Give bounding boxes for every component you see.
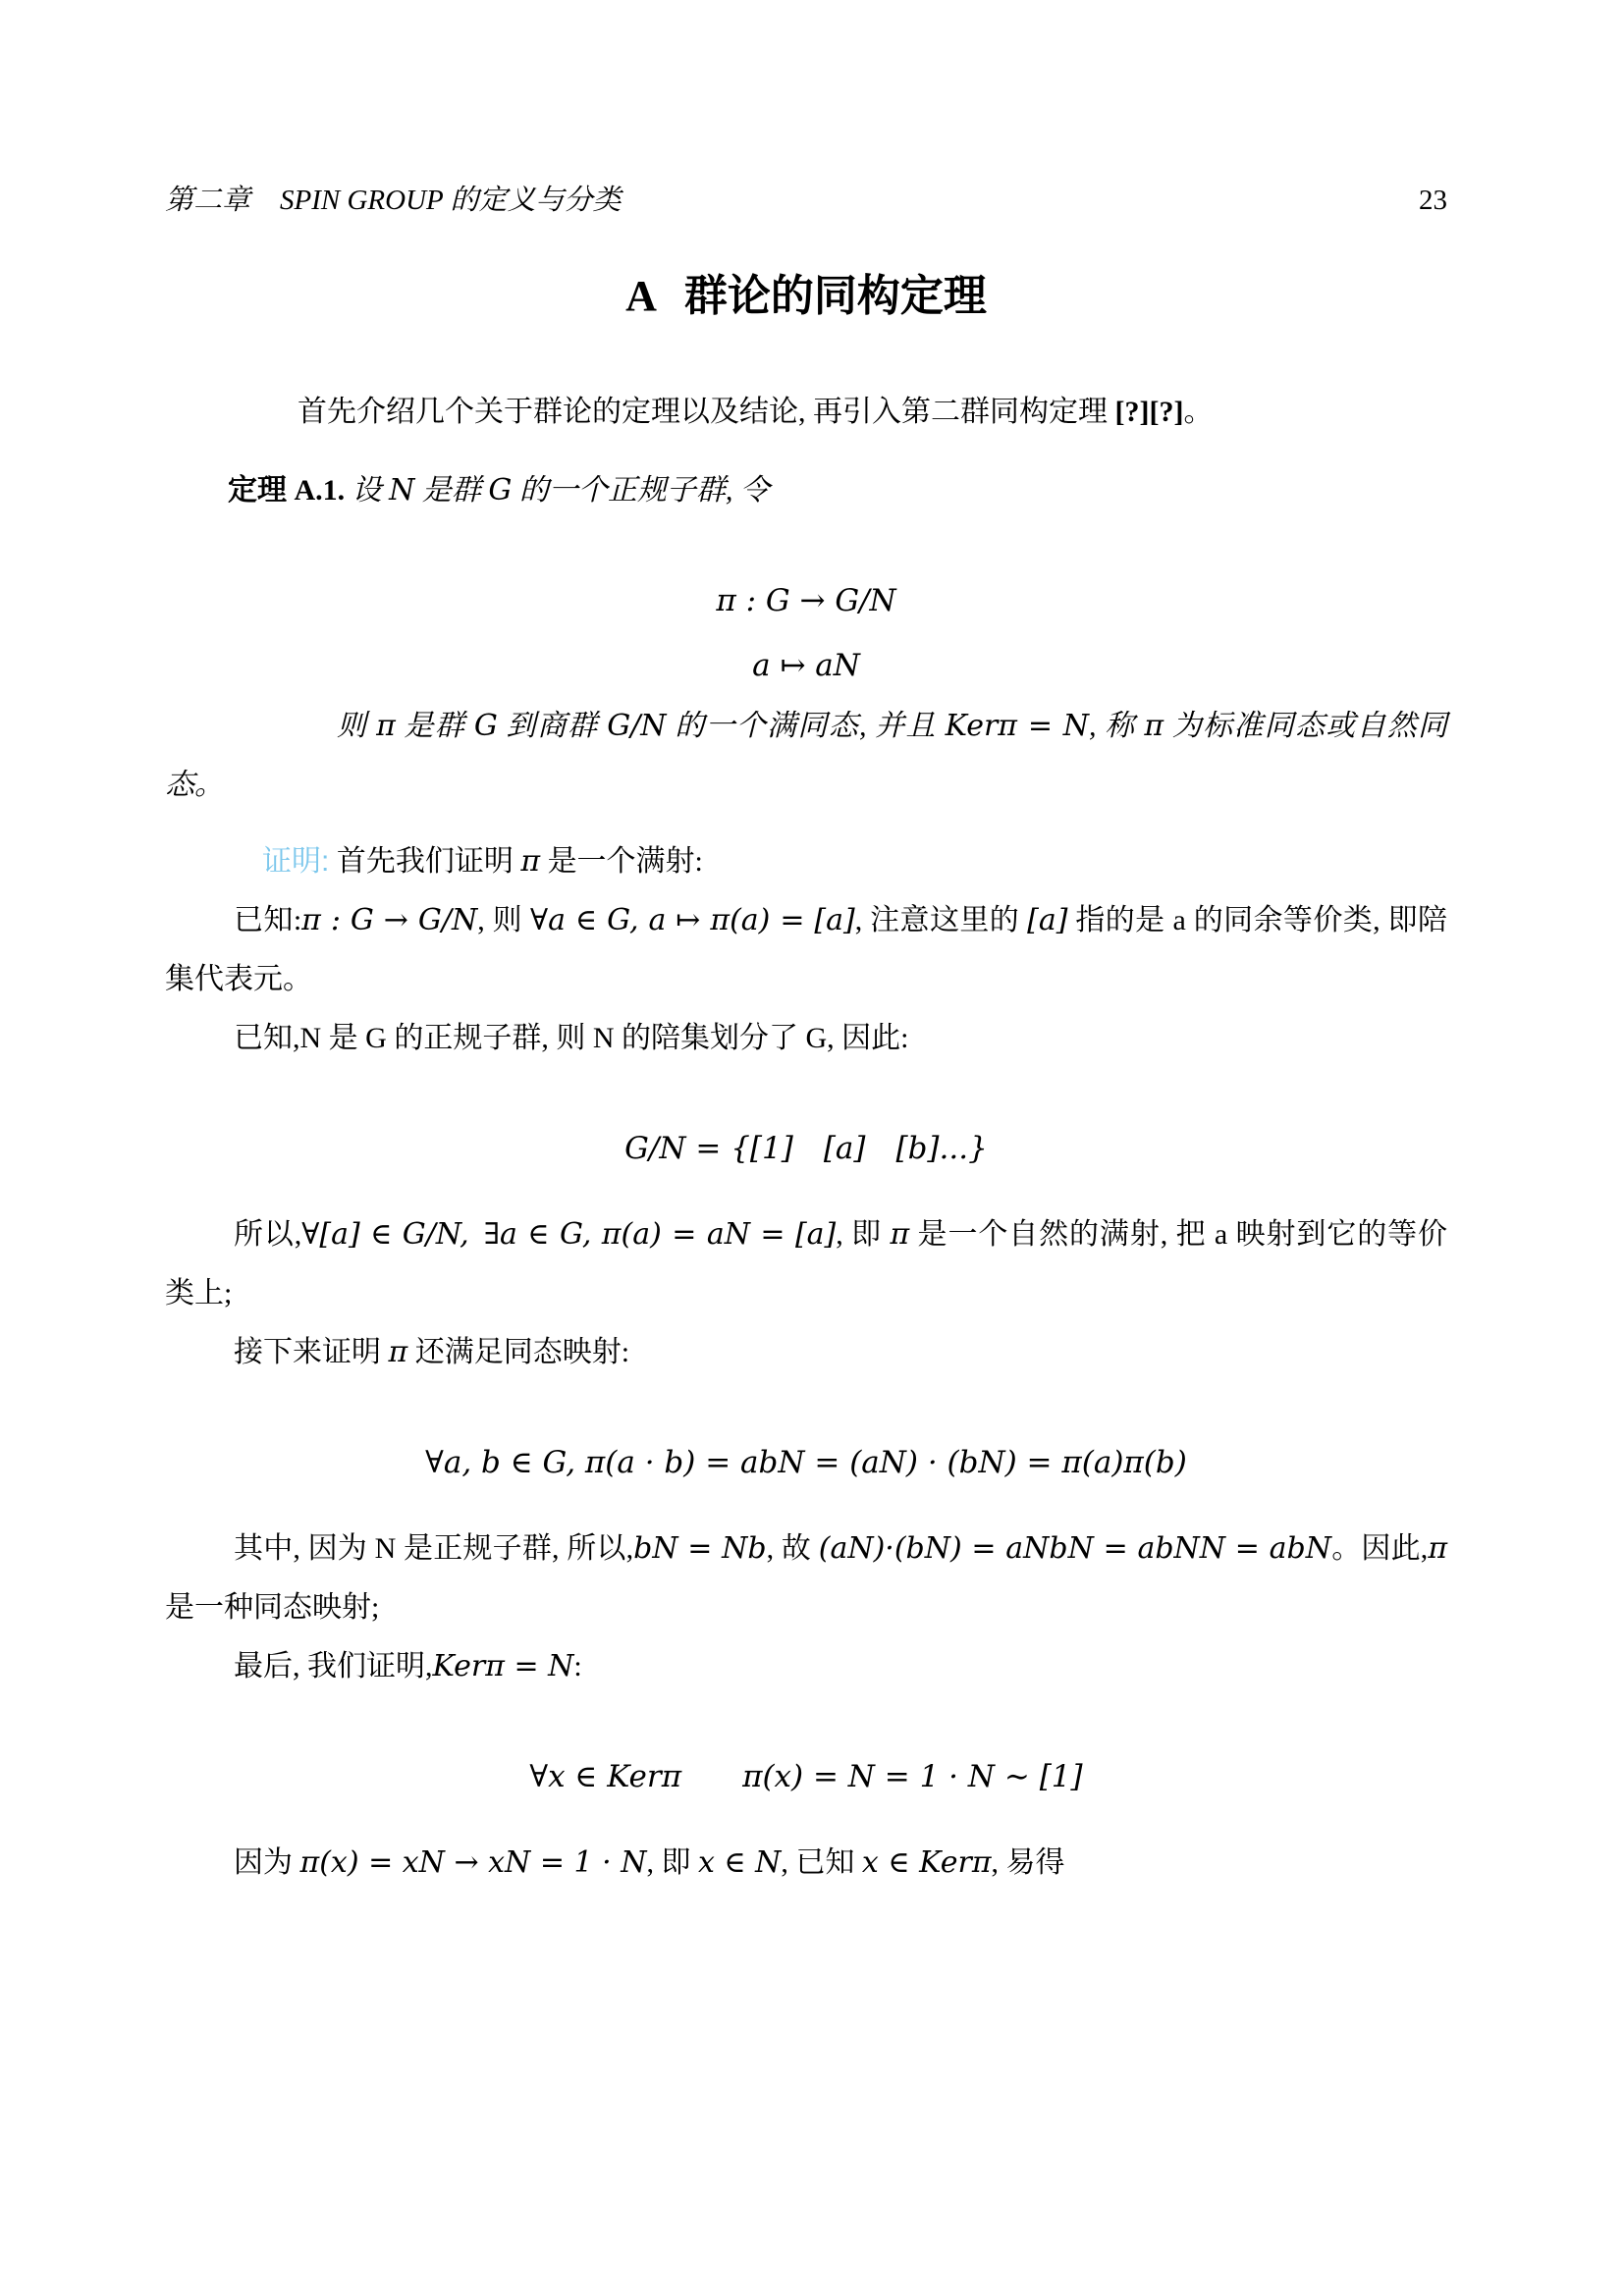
display-formula: ∀x ∈ Kerπ π(x) = N = 1 · N ∼ [1] xyxy=(165,1757,1447,1796)
text-run: , 已知 xyxy=(781,1846,862,1879)
section-label: A xyxy=(625,272,657,320)
math-run: ∀a ∈ G, a ↦ π(a) = [a] xyxy=(530,903,855,937)
math-run: a ↦ aN xyxy=(752,648,860,683)
paragraph: 所以,∀[a] ∈ G/N, ∃a ∈ G, π(a) = aN = [a], … xyxy=(165,1205,1447,1323)
math-run: G/N = {[1] [a] [b]...} xyxy=(624,1131,988,1166)
math-run: π xyxy=(890,1217,909,1252)
text-run: 定理 A.1. xyxy=(228,474,345,507)
text-run: , 则 xyxy=(477,904,530,936)
math-run: π : G → G/N xyxy=(716,583,895,618)
paragraph: 则 π 是群 G 到商群 G/N 的一个满同态, 并且 Kerπ = N, 称 … xyxy=(165,697,1447,815)
math-run: G xyxy=(474,709,498,743)
page-number: 23 xyxy=(1419,183,1447,218)
math-run: π xyxy=(520,844,540,879)
math-run: [a] xyxy=(1027,903,1067,937)
text-run: 已知,N 是 G 的正规子群, 则 N 的陪集划分了 G, 因此: xyxy=(234,1022,909,1054)
paragraph: 定理 A.1. 设 N 是群 G 的一个正规子群, 令 xyxy=(165,461,1447,520)
text-run: , 注意这里的 xyxy=(855,904,1027,936)
section-heading: A群论的同构定理 xyxy=(165,271,1447,322)
math-run: π xyxy=(376,709,396,743)
paragraph: 首先介绍几个关于群论的定理以及结论, 再引入第二群同构定理 [?][?]。 xyxy=(165,383,1447,442)
math-run: ∀[a] ∈ G/N, ∃a ∈ G, π(a) = aN = [a] xyxy=(301,1217,836,1252)
text-run: 所以, xyxy=(234,1218,301,1251)
text-run: 还满足同态映射: xyxy=(407,1336,629,1368)
text-run: 是群 xyxy=(414,474,488,507)
display-formula: G/N = {[1] [a] [b]...} xyxy=(165,1129,1447,1168)
paragraph: 接下来证明 π 还满足同态映射: xyxy=(165,1323,1447,1382)
math-run: π xyxy=(1144,709,1164,743)
text-run: 到商群 xyxy=(498,710,607,742)
math-run: π(x) = xN → xN = 1 · N xyxy=(300,1845,647,1880)
paragraph: 其中, 因为 N 是正规子群, 所以,bN = Nb, 故 (aN)·(bN) … xyxy=(165,1520,1447,1637)
display-formula: ∀a, b ∈ G, π(a · b) = abN = (aN) · (bN) … xyxy=(165,1443,1447,1482)
text-run: [?][?] xyxy=(1115,396,1184,428)
math-run: π xyxy=(389,1335,408,1369)
section-title: 群论的同构定理 xyxy=(684,272,987,320)
math-run: Kerπ = N xyxy=(946,709,1089,743)
text-run: 首先我们证明 xyxy=(329,845,520,878)
document-body: 首先介绍几个关于群论的定理以及结论, 再引入第二群同构定理 [?][?]。定理 … xyxy=(165,383,1447,1893)
math-run: Kerπ = N xyxy=(433,1649,574,1683)
chapter-label: 第二章 xyxy=(165,185,250,216)
chapter-title: SPIN GROUP 的定义与分类 xyxy=(280,185,621,216)
text-run: 因为 xyxy=(234,1846,300,1879)
math-run: x ∈ Kerπ xyxy=(862,1845,992,1880)
text-run: 是一个满射: xyxy=(540,845,703,878)
math-run: bN = Nb xyxy=(633,1531,767,1566)
text-run: 。因此, xyxy=(1331,1532,1428,1565)
text-run: 是群 xyxy=(396,710,474,742)
text-run: 接下来证明 xyxy=(234,1336,389,1368)
math-run: N xyxy=(389,473,414,507)
document-page: 第二章SPIN GROUP 的定义与分类 23 A群论的同构定理 首先介绍几个关… xyxy=(0,0,1624,2296)
text-run: , 即 xyxy=(646,1846,698,1879)
math-run: x ∈ N xyxy=(698,1845,781,1880)
paragraph: 最后, 我们证明,Kerπ = N: xyxy=(165,1637,1447,1696)
text-run: 已知: xyxy=(234,904,301,936)
paragraph: 证明: 首先我们证明 π 是一个满射: xyxy=(165,832,1447,891)
text-run: 则 xyxy=(337,710,376,742)
page-header: 第二章SPIN GROUP 的定义与分类 23 xyxy=(165,183,1447,218)
math-run: (aN)·(bN) = aNbN = abNN = abN xyxy=(819,1531,1331,1566)
paragraph: 已知:π : G → G/N, 则 ∀a ∈ G, a ↦ π(a) = [a]… xyxy=(165,891,1447,1009)
text-run: , 即 xyxy=(836,1218,890,1251)
math-run: ∀a, b ∈ G, π(a · b) = abN = (aN) · (bN) … xyxy=(425,1445,1187,1480)
text-run: , 易得 xyxy=(992,1846,1065,1879)
text-run: , 故 xyxy=(767,1532,819,1565)
display-formula: π : G → G/N xyxy=(165,581,1447,620)
math-run: G xyxy=(488,473,512,507)
text-run: 设 xyxy=(345,474,389,507)
text-run: 最后, 我们证明, xyxy=(234,1650,433,1682)
text-run: 的一个满同态, 并且 xyxy=(667,710,946,742)
text-run: 首先介绍几个关于群论的定理以及结论, 再引入第二群同构定理 xyxy=(298,396,1115,428)
proof-label: 证明: xyxy=(262,845,329,878)
text-run: 。 xyxy=(1183,396,1213,428)
math-run: ∀x ∈ Kerπ π(x) = N = 1 · N ∼ [1] xyxy=(529,1759,1082,1794)
running-header: 第二章SPIN GROUP 的定义与分类 xyxy=(165,183,621,218)
math-run: π : G → G/N xyxy=(301,903,477,937)
text-run: 是一种同态映射; xyxy=(165,1591,379,1624)
text-run: , 称 xyxy=(1089,710,1144,742)
paragraph: 因为 π(x) = xN → xN = 1 · N, 即 x ∈ N, 已知 x… xyxy=(165,1834,1447,1893)
display-formula: a ↦ aN xyxy=(165,646,1447,685)
text-run: 的一个正规子群, 令 xyxy=(512,474,770,507)
math-run: G/N xyxy=(607,709,666,743)
paragraph: 已知,N 是 G 的正规子群, 则 N 的陪集划分了 G, 因此: xyxy=(165,1009,1447,1068)
text-run: 其中, 因为 N 是正规子群, 所以, xyxy=(234,1532,633,1565)
text-run: : xyxy=(573,1650,581,1682)
math-run: π xyxy=(1428,1531,1447,1566)
